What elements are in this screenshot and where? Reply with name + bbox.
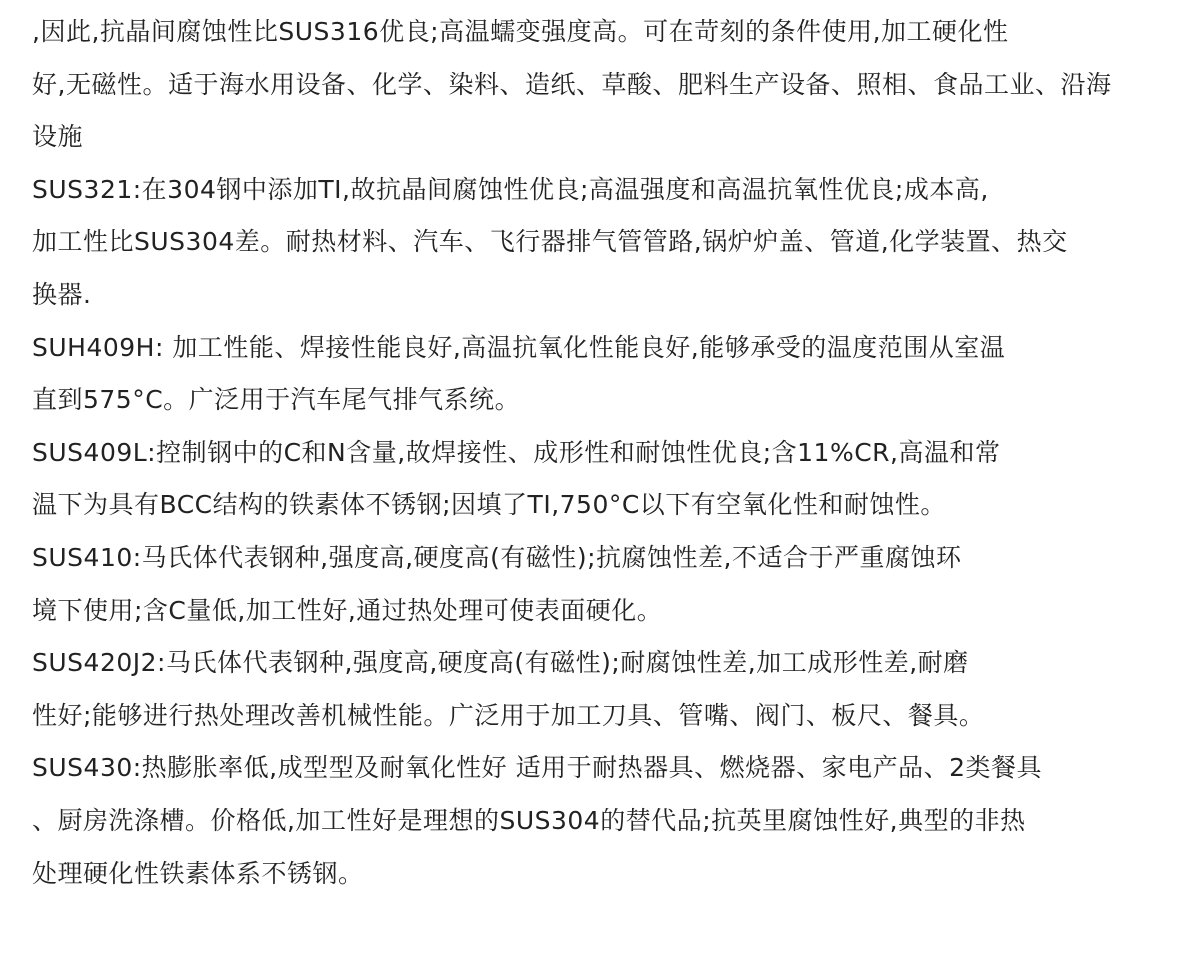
text-line: SUS420J2:马氏体代表钢种,强度高,硬度高(有磁性);耐腐蚀性差,加工成形… <box>32 637 1162 690</box>
text-line: SUS321:在304钢中添加TI,故抗晶间腐蚀性优良;高温强度和高温抗氧性优良… <box>32 164 1162 217</box>
document-body: ,因此,抗晶间腐蚀性比SUS316优良;高温蠕变强度高。可在苛刻的条件使用,加工… <box>32 6 1162 900</box>
text-line: 处理硬化性铁素体系不锈钢。 <box>32 848 1162 901</box>
text-line: 性好;能够进行热处理改善机械性能。广泛用于加工刀具、管嘴、阀门、板尺、餐具。 <box>32 690 1162 743</box>
text-line: 好,无磁性。适于海水用设备、化学、染料、造纸、草酸、肥料生产设备、照相、食品工业… <box>32 59 1162 112</box>
paragraph-suh409h: SUH409H: 加工性能、焊接性能良好,高温抗氧化性能良好,能够承受的温度范围… <box>32 322 1162 427</box>
paragraph-sus321: SUS321:在304钢中添加TI,故抗晶间腐蚀性优良;高温强度和高温抗氧性优良… <box>32 164 1162 322</box>
paragraph-sus409l: SUS409L:控制钢中的C和N含量,故焊接性、成形性和耐蚀性优良;含11%CR… <box>32 427 1162 532</box>
text-line: 境下使用;含C量低,加工性好,通过热处理可使表面硬化。 <box>32 585 1162 638</box>
text-line: SUS409L:控制钢中的C和N含量,故焊接性、成形性和耐蚀性优良;含11%CR… <box>32 427 1162 480</box>
text-line: 设施 <box>32 111 1162 164</box>
text-line: 直到575°C。广泛用于汽车尾气排气系统。 <box>32 374 1162 427</box>
paragraph-sus430: SUS430:热膨胀率低,成型型及耐氧化性好 适用于耐热器具、燃烧器、家电产品、… <box>32 742 1162 900</box>
text-line: 、厨房洗涤槽。价格低,加工性好是理想的SUS304的替代品;抗英里腐蚀性好,典型… <box>32 795 1162 848</box>
text-line: SUH409H: 加工性能、焊接性能良好,高温抗氧化性能良好,能够承受的温度范围… <box>32 322 1162 375</box>
text-line: ,因此,抗晶间腐蚀性比SUS316优良;高温蠕变强度高。可在苛刻的条件使用,加工… <box>32 6 1162 59</box>
text-line: SUS430:热膨胀率低,成型型及耐氧化性好 适用于耐热器具、燃烧器、家电产品、… <box>32 742 1162 795</box>
text-line: 加工性比SUS304差。耐热材料、汽车、飞行器排气管管路,锅炉炉盖、管道,化学装… <box>32 216 1162 269</box>
text-line: 温下为具有BCC结构的铁素体不锈钢;因填了TI,750°C以下有空氧化性和耐蚀性… <box>32 479 1162 532</box>
paragraph-sus410: SUS410:马氏体代表钢种,强度高,硬度高(有磁性);抗腐蚀性差,不适合于严重… <box>32 532 1162 637</box>
paragraph-sus420j2: SUS420J2:马氏体代表钢种,强度高,硬度高(有磁性);耐腐蚀性差,加工成形… <box>32 637 1162 742</box>
paragraph-sus316-continued: ,因此,抗晶间腐蚀性比SUS316优良;高温蠕变强度高。可在苛刻的条件使用,加工… <box>32 6 1162 164</box>
text-line: SUS410:马氏体代表钢种,强度高,硬度高(有磁性);抗腐蚀性差,不适合于严重… <box>32 532 1162 585</box>
text-line: 换器. <box>32 269 1162 322</box>
